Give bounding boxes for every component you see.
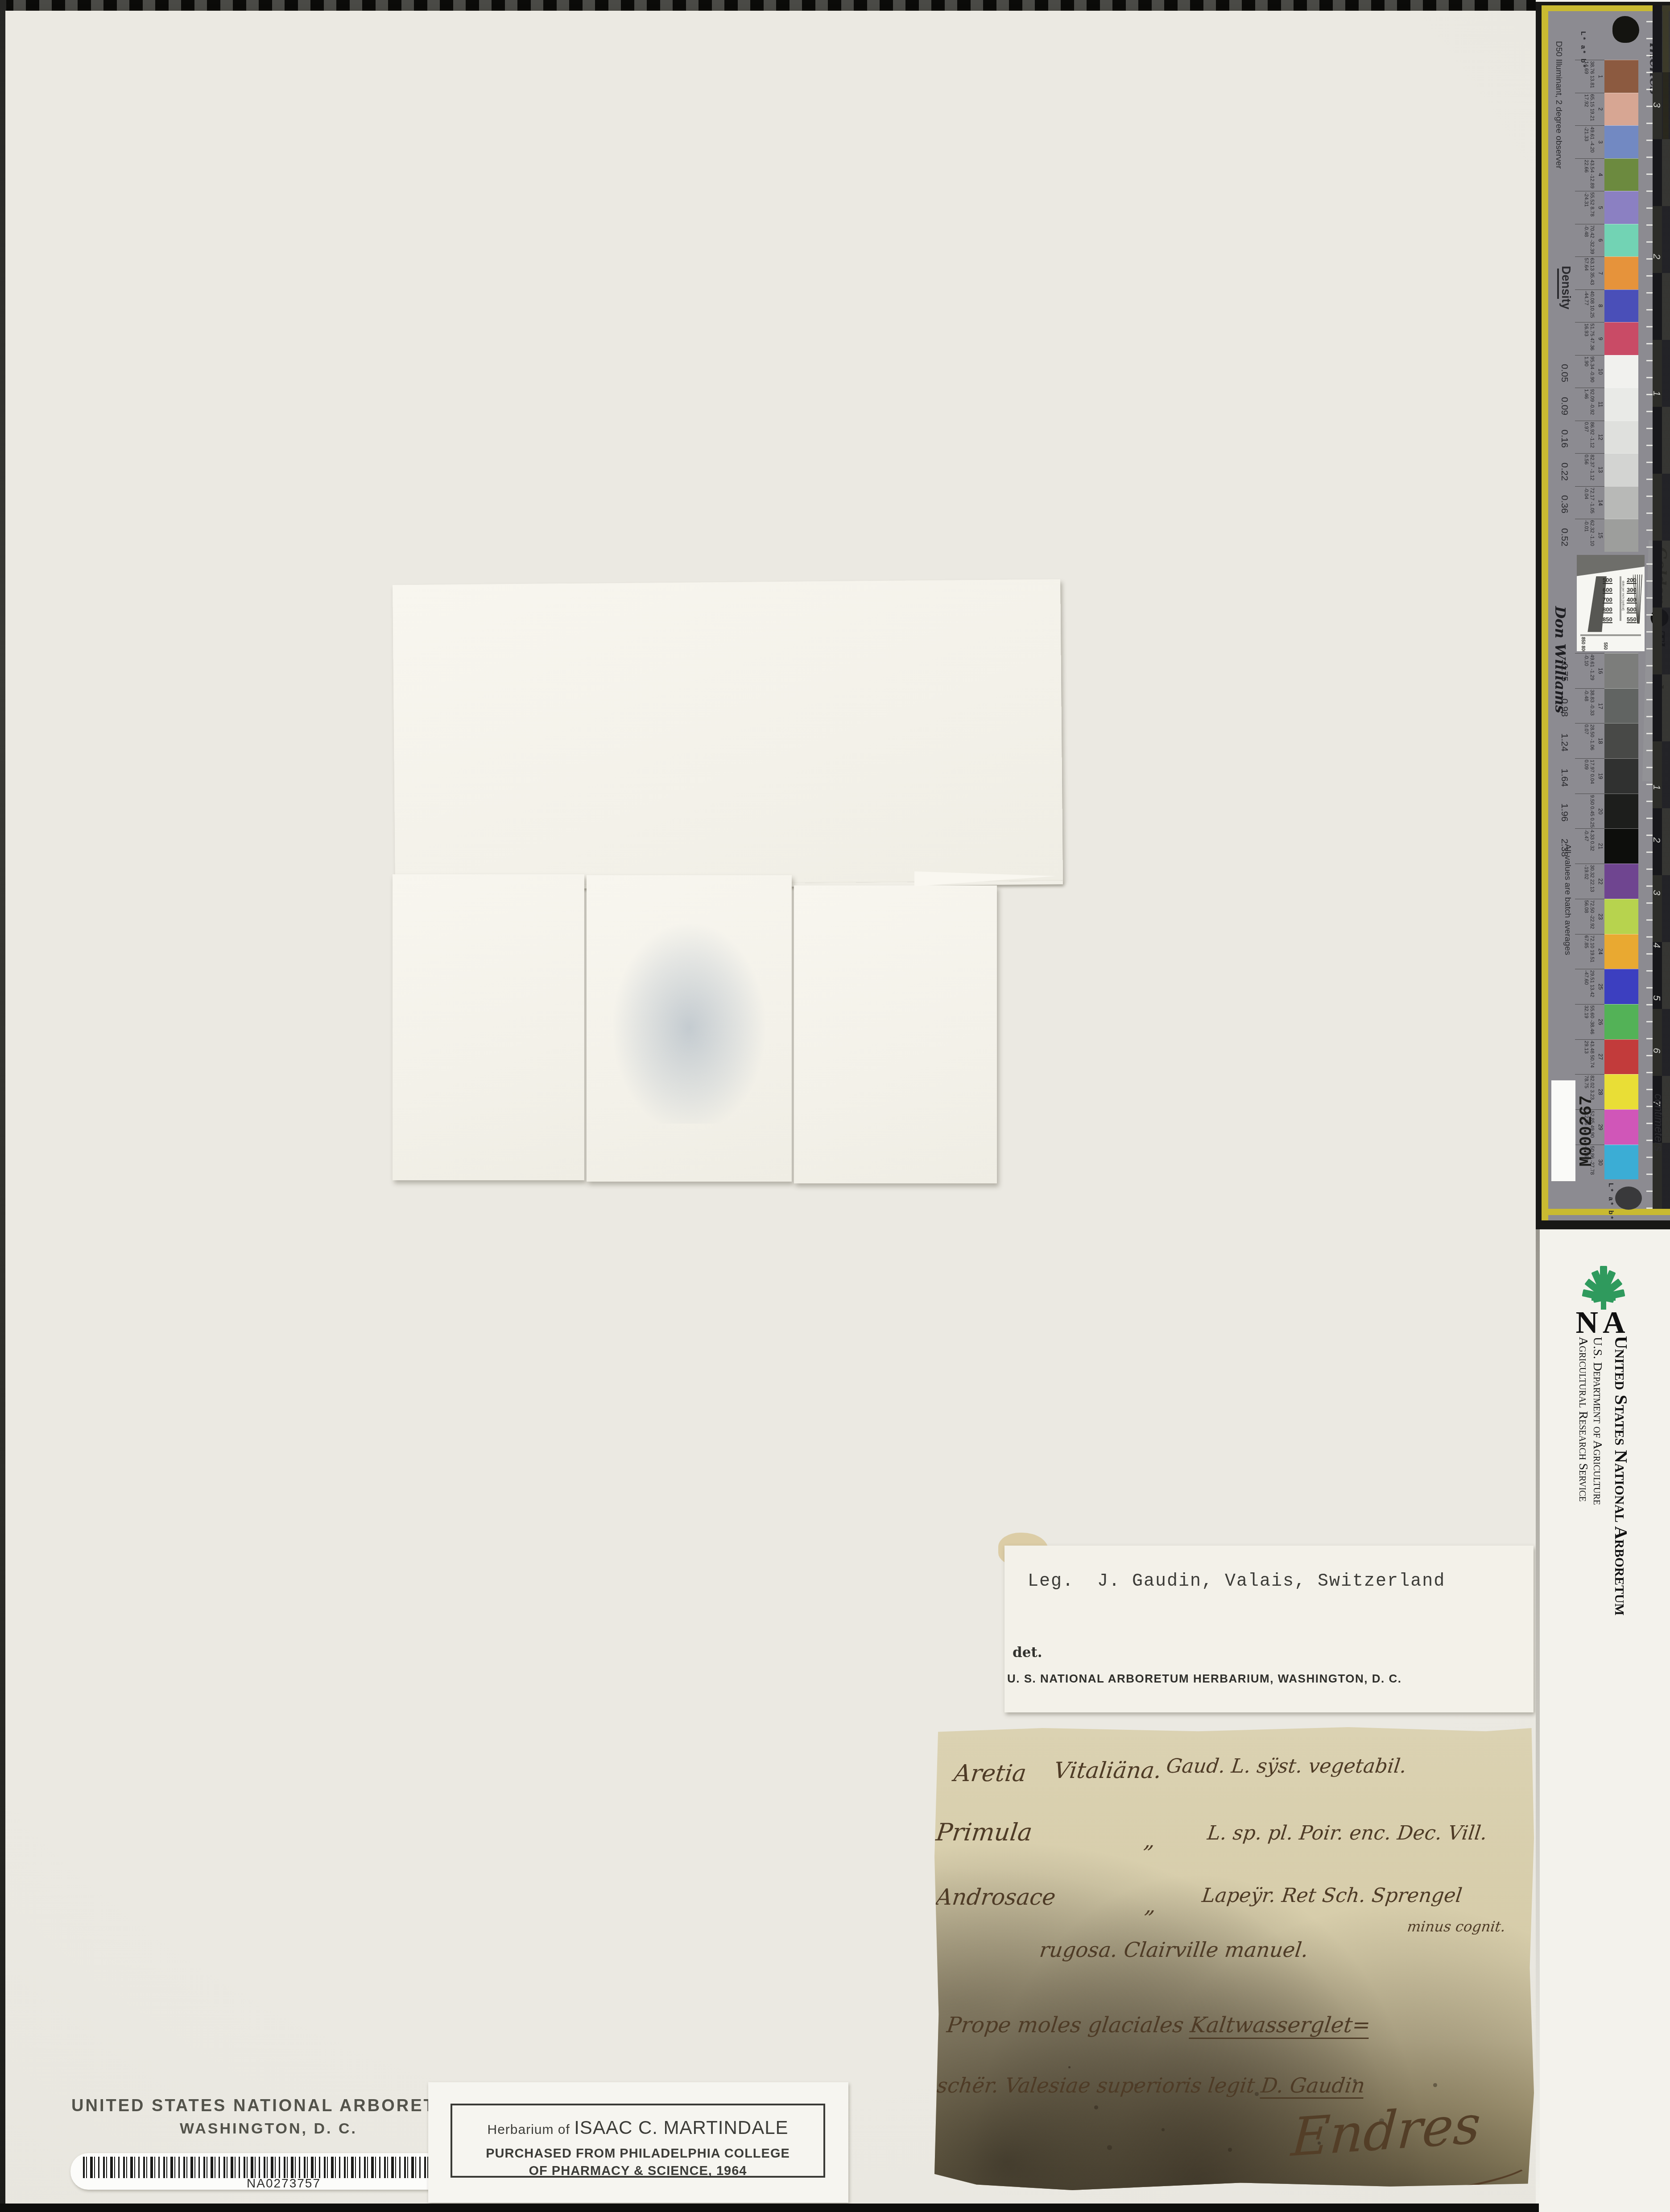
color-patch: [1604, 453, 1638, 486]
patch-row: 28.50 -1.06 0.0718: [1575, 723, 1638, 758]
hw-locality-2a: schër. Valesiae superioris legit: [936, 2073, 1263, 2097]
cm-digit: 1: [1653, 785, 1662, 790]
density-value: 0.22: [1559, 463, 1570, 481]
cm-digit: 6: [1653, 1048, 1662, 1053]
color-patch: [1604, 1145, 1638, 1180]
scanner-top-edge: [0, 0, 1670, 12]
density-value: 1.64: [1559, 769, 1570, 787]
backing-paper-column: inches D50 Illuminant, 2 degree observer…: [1536, 0, 1670, 2212]
hw-authority-3: Lapeÿr. Ret Sch. Sprengel: [1201, 1884, 1463, 1907]
res-num: 600: [1603, 587, 1612, 594]
patch-row: 65.15 19.21 17.922: [1575, 93, 1638, 126]
na-line-usda: U.S. Department of Agriculture: [1590, 1337, 1604, 1505]
color-patch: [1604, 723, 1638, 758]
patch-number: 9: [1595, 322, 1604, 355]
hw-authority-2: L. sp. pl. Poir. enc. Dec. Vill.: [1206, 1822, 1488, 1844]
color-patch: [1604, 224, 1638, 257]
specimen-packet-middle: [587, 875, 792, 1182]
patch-lab-values: 28.50 -1.06 0.07: [1575, 724, 1595, 757]
patch-number: 21: [1595, 829, 1604, 864]
target-maker-logo: [1612, 16, 1639, 43]
inch-digit: 3: [1653, 102, 1662, 107]
density-value: 0.05: [1559, 364, 1570, 382]
density-value: 1.24: [1559, 733, 1570, 752]
patch-lab-values: 43.48 50.74 29.13: [1575, 1040, 1595, 1074]
stamp-line1: UNITED STATES NATIONAL ARBORETUM: [54, 2096, 483, 2116]
color-patch: [1604, 688, 1638, 724]
patch-number: 10: [1595, 356, 1604, 388]
res-num: 850 800 700 600 500: [1580, 637, 1585, 651]
patch-number: 18: [1595, 724, 1604, 758]
patch-lab-values: 82.37 -1.12 0.56: [1575, 454, 1595, 485]
color-patch: [1604, 758, 1638, 794]
color-patch: [1604, 1004, 1638, 1039]
patch-row: 63.13 35.43 57.647: [1575, 256, 1638, 289]
color-patch: [1604, 486, 1638, 519]
patch-number: 1: [1595, 60, 1604, 93]
patch-row: 29.51 13.42 -47.6025: [1575, 969, 1638, 1004]
na-monogram: NA: [1549, 1305, 1656, 1341]
arboretum-stamp: UNITED STATES NATIONAL ARBORETUM WASHING…: [54, 2096, 483, 2138]
patch-number: 13: [1595, 454, 1604, 486]
patch-row: 82.37 -1.12 0.5613: [1575, 453, 1638, 486]
patch-row: 4.33 0.32 -0.4721: [1575, 828, 1638, 864]
color-patch: [1604, 864, 1638, 899]
color-patch: [1604, 421, 1638, 454]
color-patch: [1604, 93, 1638, 126]
sheet-edge-shadow: [1536, 1227, 1540, 2212]
resolution-numbers-left: 500 600 700 800 850: [1603, 577, 1612, 623]
res-num: 800: [1603, 607, 1612, 613]
density-value: 0.52: [1559, 528, 1570, 546]
hw-locality-2: schër. Valesiae superioris legit D. Gaud…: [936, 2073, 1366, 2097]
patch-row: 72.50 -22.92 56.0823: [1575, 899, 1638, 934]
density-value: 0.09: [1559, 397, 1570, 415]
hw-authority-1: Gaud. L. sÿst. vegetabil.: [1165, 1755, 1408, 1778]
target-id-text: M000267: [1577, 1095, 1596, 1166]
patch-row: 72.10 19.51 67.8524: [1575, 934, 1638, 969]
patch-number: 11: [1595, 388, 1604, 421]
patch-number: 12: [1595, 421, 1604, 454]
patch-number: 19: [1595, 759, 1604, 794]
patch-row: 38.76 13.81 14.691: [1575, 60, 1638, 93]
color-patch: [1604, 256, 1638, 289]
patch-number: 17: [1595, 689, 1604, 724]
color-patch: [1604, 969, 1638, 1004]
color-patch: [1604, 289, 1638, 322]
color-patch: [1604, 653, 1638, 688]
resolution-bottom-row1: 850 800 700 600 500: [1580, 637, 1585, 651]
stamp-line2: WASHINGTON, D. C.: [54, 2120, 483, 2138]
inch-digit: 2: [1653, 254, 1662, 259]
patch-row: 17.97 0.04 0.0919: [1575, 758, 1638, 794]
patch-lab-values: 38.83 -0.33 -0.48: [1575, 689, 1595, 723]
institution-line: U. S. NATIONAL ARBORETUM HERBARIUM, WASH…: [1007, 1672, 1402, 1686]
patch-lab-values: 49.61 -4.20 -21.33: [1575, 126, 1595, 157]
martindale-line2: PURCHASED FROM PHILADELPHIA COLLEGE: [452, 2146, 823, 2161]
patch-lab-values: 63.13 35.43 57.64: [1575, 257, 1595, 289]
patch-row: 49.61 -4.20 -21.333: [1575, 125, 1638, 158]
patch-lab-values: 30.32 22.13 -19.02: [1575, 864, 1595, 898]
hw-locality-2b: D. Gaudin: [1260, 2073, 1366, 2099]
martindale-label: Herbarium of ISAAC C. MARTINDALE PURCHAS…: [428, 2082, 848, 2203]
handwritten-label: Aretia Vitaliäna. Gaud. L. sÿst. vegetab…: [934, 1727, 1534, 2190]
martindale-prefix: Herbarium of: [487, 2122, 574, 2137]
resolution-bottom-row2: 550 500 400 300 200: [1603, 642, 1608, 651]
color-patch: [1604, 828, 1638, 864]
resolution-caption: dots per inch (optical): [1621, 581, 1625, 611]
patch-number: 23: [1595, 899, 1604, 934]
hw-species-1: Vitaliäna.: [1052, 1757, 1163, 1783]
patch-row: 43.54 -12.89 22.664: [1575, 158, 1638, 191]
patch-number: 4: [1595, 159, 1604, 191]
patch-number: 20: [1595, 794, 1604, 829]
patch-number: 6: [1595, 224, 1604, 257]
resolution-bar: [1580, 634, 1641, 636]
patch-lab-values: 17.97 0.04 0.09: [1575, 759, 1595, 793]
target-border: [1536, 2, 1542, 1229]
patch-row: 72.17 -1.05 -0.0414: [1575, 486, 1638, 519]
patch-lab-values: 55.60 -38.46 32.19: [1575, 1005, 1595, 1038]
hw-note-3: minus cognit.: [1406, 1918, 1507, 1935]
patch-number: 7: [1595, 257, 1604, 289]
color-patch: [1604, 355, 1638, 388]
target-bottom-dot: [1615, 1187, 1642, 1210]
res-num: 550 500 400 300 200: [1603, 642, 1608, 651]
patch-number: 27: [1595, 1040, 1604, 1075]
specimen-packet-right: [794, 885, 997, 1183]
color-patch: [1604, 125, 1638, 158]
patch-row: 86.92 -1.12 0.9712: [1575, 421, 1638, 454]
patch-number: 8: [1595, 290, 1604, 322]
martindale-name: ISAAC C. MARTINDALE: [574, 2117, 788, 2138]
patch-row: 55.52 8.78 -24.315: [1575, 191, 1638, 224]
patch-lab-values: 4.33 0.32 -0.47: [1575, 829, 1595, 863]
patch-lab-values: 51.75 47.36 16.93: [1575, 322, 1595, 354]
color-patch: [1604, 1039, 1638, 1075]
patch-lab-values: 40.08 10.25 -44.77: [1575, 290, 1595, 322]
color-patch: [1604, 934, 1638, 969]
na-line-arboretum: United States National Arboretum: [1611, 1336, 1632, 1616]
ruler-checker: [1662, 5, 1670, 1209]
lab-header-bottom: L* a* b*: [1607, 1183, 1615, 1221]
hw-genus-1: Aretia: [952, 1760, 1028, 1787]
patch-row: 51.75 47.36 16.939: [1575, 322, 1638, 355]
patch-lab-values: 72.10 19.51 67.85: [1575, 934, 1595, 968]
target-yellow-frame: [1542, 1209, 1670, 1215]
density-label: Density: [1557, 266, 1573, 310]
patch-lab-values: 29.51 13.42 -47.60: [1575, 969, 1595, 1003]
na-line-ars: Agricultural Research Service: [1576, 1337, 1590, 1501]
patch-number: 3: [1595, 126, 1604, 158]
patch-row: 40.08 10.25 -44.778: [1575, 289, 1638, 322]
patch-row: 43.48 50.74 29.1327: [1575, 1039, 1638, 1075]
patch-lab-values: 70.42 -32.39 -0.48: [1575, 224, 1595, 256]
patch-number: 2: [1595, 93, 1604, 126]
target-border: [1536, 1220, 1670, 1229]
hw-locality-1b: Kaltwasserglet=: [1189, 2013, 1372, 2039]
illuminant-note: D50 Illuminant, 2 degree observer: [1554, 41, 1563, 169]
patch-row: 9.50 0.45 0.2520: [1575, 794, 1638, 829]
na-tree-logo: [1557, 1265, 1650, 1310]
specimen-packet-large: [393, 579, 1063, 886]
target-border: [1536, 2, 1670, 5]
patch-lab-values: 72.17 -1.05 -0.04: [1575, 487, 1595, 518]
hw-ditto-3: „: [1144, 1893, 1158, 1918]
color-patch: [1604, 388, 1638, 421]
batch-averages-note: All values are batch averages: [1563, 844, 1572, 955]
density-value: 0.36: [1559, 495, 1570, 513]
specimen-packet-left: [393, 874, 584, 1180]
patch-row: 49.61 -1.29 -0.1016: [1575, 653, 1638, 688]
don-williams-signature: Don Williams: [1552, 606, 1569, 713]
color-patch: [1604, 519, 1638, 552]
martindale-title: Herbarium of ISAAC C. MARTINDALE: [452, 2117, 823, 2138]
centimeters-label: centimeters: [1652, 1094, 1665, 1151]
hw-genus-2: Primula: [934, 1818, 1034, 1846]
cm-digit: 5: [1653, 995, 1662, 1001]
barcode-bars: [83, 2157, 484, 2178]
color-patch: [1604, 794, 1638, 829]
color-patch: [1604, 899, 1638, 934]
color-calibration-target: inches D50 Illuminant, 2 degree observer…: [1536, 2, 1670, 1229]
martindale-line3: OF PHARMACY & SCIENCE, 1964: [452, 2164, 823, 2179]
patch-number: 5: [1595, 191, 1604, 224]
ruler-checker: [1653, 5, 1662, 1209]
patch-row: 62.32 -1.10 -0.0115: [1575, 519, 1638, 552]
patch-lab-values: 55.52 8.78 -24.31: [1575, 191, 1595, 223]
hw-ditto-2: „: [1143, 1828, 1157, 1853]
hw-genus-3: Androsace: [934, 1884, 1057, 1910]
hw-species-4: rugosa. Clairville manuel.: [1038, 1938, 1310, 1962]
ruler-ticks: [1646, 5, 1653, 1209]
hw-locality-1: Prope moles glaciales Kaltwasserglet=: [946, 2013, 1372, 2038]
patch-lab-values: 43.54 -12.89 22.66: [1575, 159, 1595, 190]
herbarium-scan-page: Leg. J. Gaudin, Valais, Switzerland det.…: [0, 0, 1670, 2212]
patch-lab-values: 9.50 0.45 0.25: [1575, 794, 1595, 828]
res-num: 500: [1603, 577, 1612, 584]
resolution-chart: 500 600 700 800 850 200 300 400 500 550 …: [1577, 555, 1645, 651]
hw-locality-1a: Prope moles glaciales: [946, 2013, 1192, 2038]
collector-line: Leg. J. Gaudin, Valais, Switzerland: [1028, 1571, 1445, 1592]
color-patch: [1604, 191, 1638, 224]
patch-row: 95.34 -0.90 1.9010: [1575, 355, 1638, 388]
patch-lab-values: 72.50 -22.92 56.08: [1575, 899, 1595, 933]
res-num: 850: [1603, 616, 1612, 623]
patch-column-upper: 38.76 13.81 14.691 65.15 19.21 17.922 49…: [1575, 60, 1638, 552]
target-id-label: M000267: [1551, 1080, 1575, 1181]
patch-lab-values: 49.61 -1.29 -0.10: [1575, 653, 1595, 687]
resolution-fan-lines: [1633, 575, 1643, 624]
res-num: 700: [1603, 597, 1612, 604]
patch-row: 30.32 22.13 -19.0222: [1575, 864, 1638, 899]
target-yellow-frame: [1542, 5, 1548, 1220]
patch-row: 38.83 -0.33 -0.4817: [1575, 688, 1638, 724]
patch-number: 26: [1595, 1005, 1604, 1039]
patch-row: 70.42 -32.39 -0.486: [1575, 224, 1638, 257]
patch-number: 15: [1595, 519, 1604, 552]
herbarium-sheet: Leg. J. Gaudin, Valais, Switzerland det.…: [5, 11, 1536, 2204]
color-patch: [1604, 1109, 1638, 1145]
color-patch: [1604, 322, 1638, 355]
inch-digit: 1: [1653, 391, 1662, 396]
resolution-wedge: [1577, 555, 1645, 576]
martindale-border-box: Herbarium of ISAAC C. MARTINDALE PURCHAS…: [451, 2104, 825, 2178]
cm-digit: 3: [1653, 890, 1662, 895]
label-specks: [1068, 2066, 1071, 2068]
patch-lab-values: 62.32 -1.10 -0.01: [1575, 519, 1595, 551]
density-value: 0.16: [1559, 430, 1570, 448]
patch-row: 55.60 -38.46 32.1926: [1575, 1004, 1638, 1039]
scanner-bottom-edge: [0, 2204, 1539, 2212]
density-value: 1.96: [1559, 803, 1570, 822]
patch-lab-values: 95.34 -0.90 1.90: [1575, 356, 1595, 387]
patch-number: 22: [1595, 864, 1604, 899]
patch-lab-values: 92.09 -0.92 1.46: [1575, 388, 1595, 420]
typed-label: Leg. J. Gaudin, Valais, Switzerland det.…: [1004, 1546, 1534, 1712]
cm-digit: 2: [1653, 837, 1662, 843]
patch-lab-values: 65.15 19.21 17.92: [1575, 93, 1595, 125]
patch-number: 24: [1595, 934, 1604, 969]
patch-number: 16: [1595, 653, 1604, 688]
color-patch: [1604, 60, 1638, 93]
packet-stain: [613, 924, 765, 1124]
color-patch: [1604, 1074, 1638, 1109]
patch-row: 92.09 -0.92 1.4611: [1575, 388, 1638, 421]
color-patch: [1604, 158, 1638, 191]
patch-number: 25: [1595, 969, 1604, 1004]
patch-lab-values: 38.76 13.81 14.69: [1575, 60, 1595, 92]
patch-number: 14: [1595, 487, 1604, 519]
cm-digit: 4: [1653, 943, 1662, 948]
det-line: det.: [1013, 1645, 1042, 1661]
patch-lab-values: 86.92 -1.12 0.97: [1575, 421, 1595, 453]
